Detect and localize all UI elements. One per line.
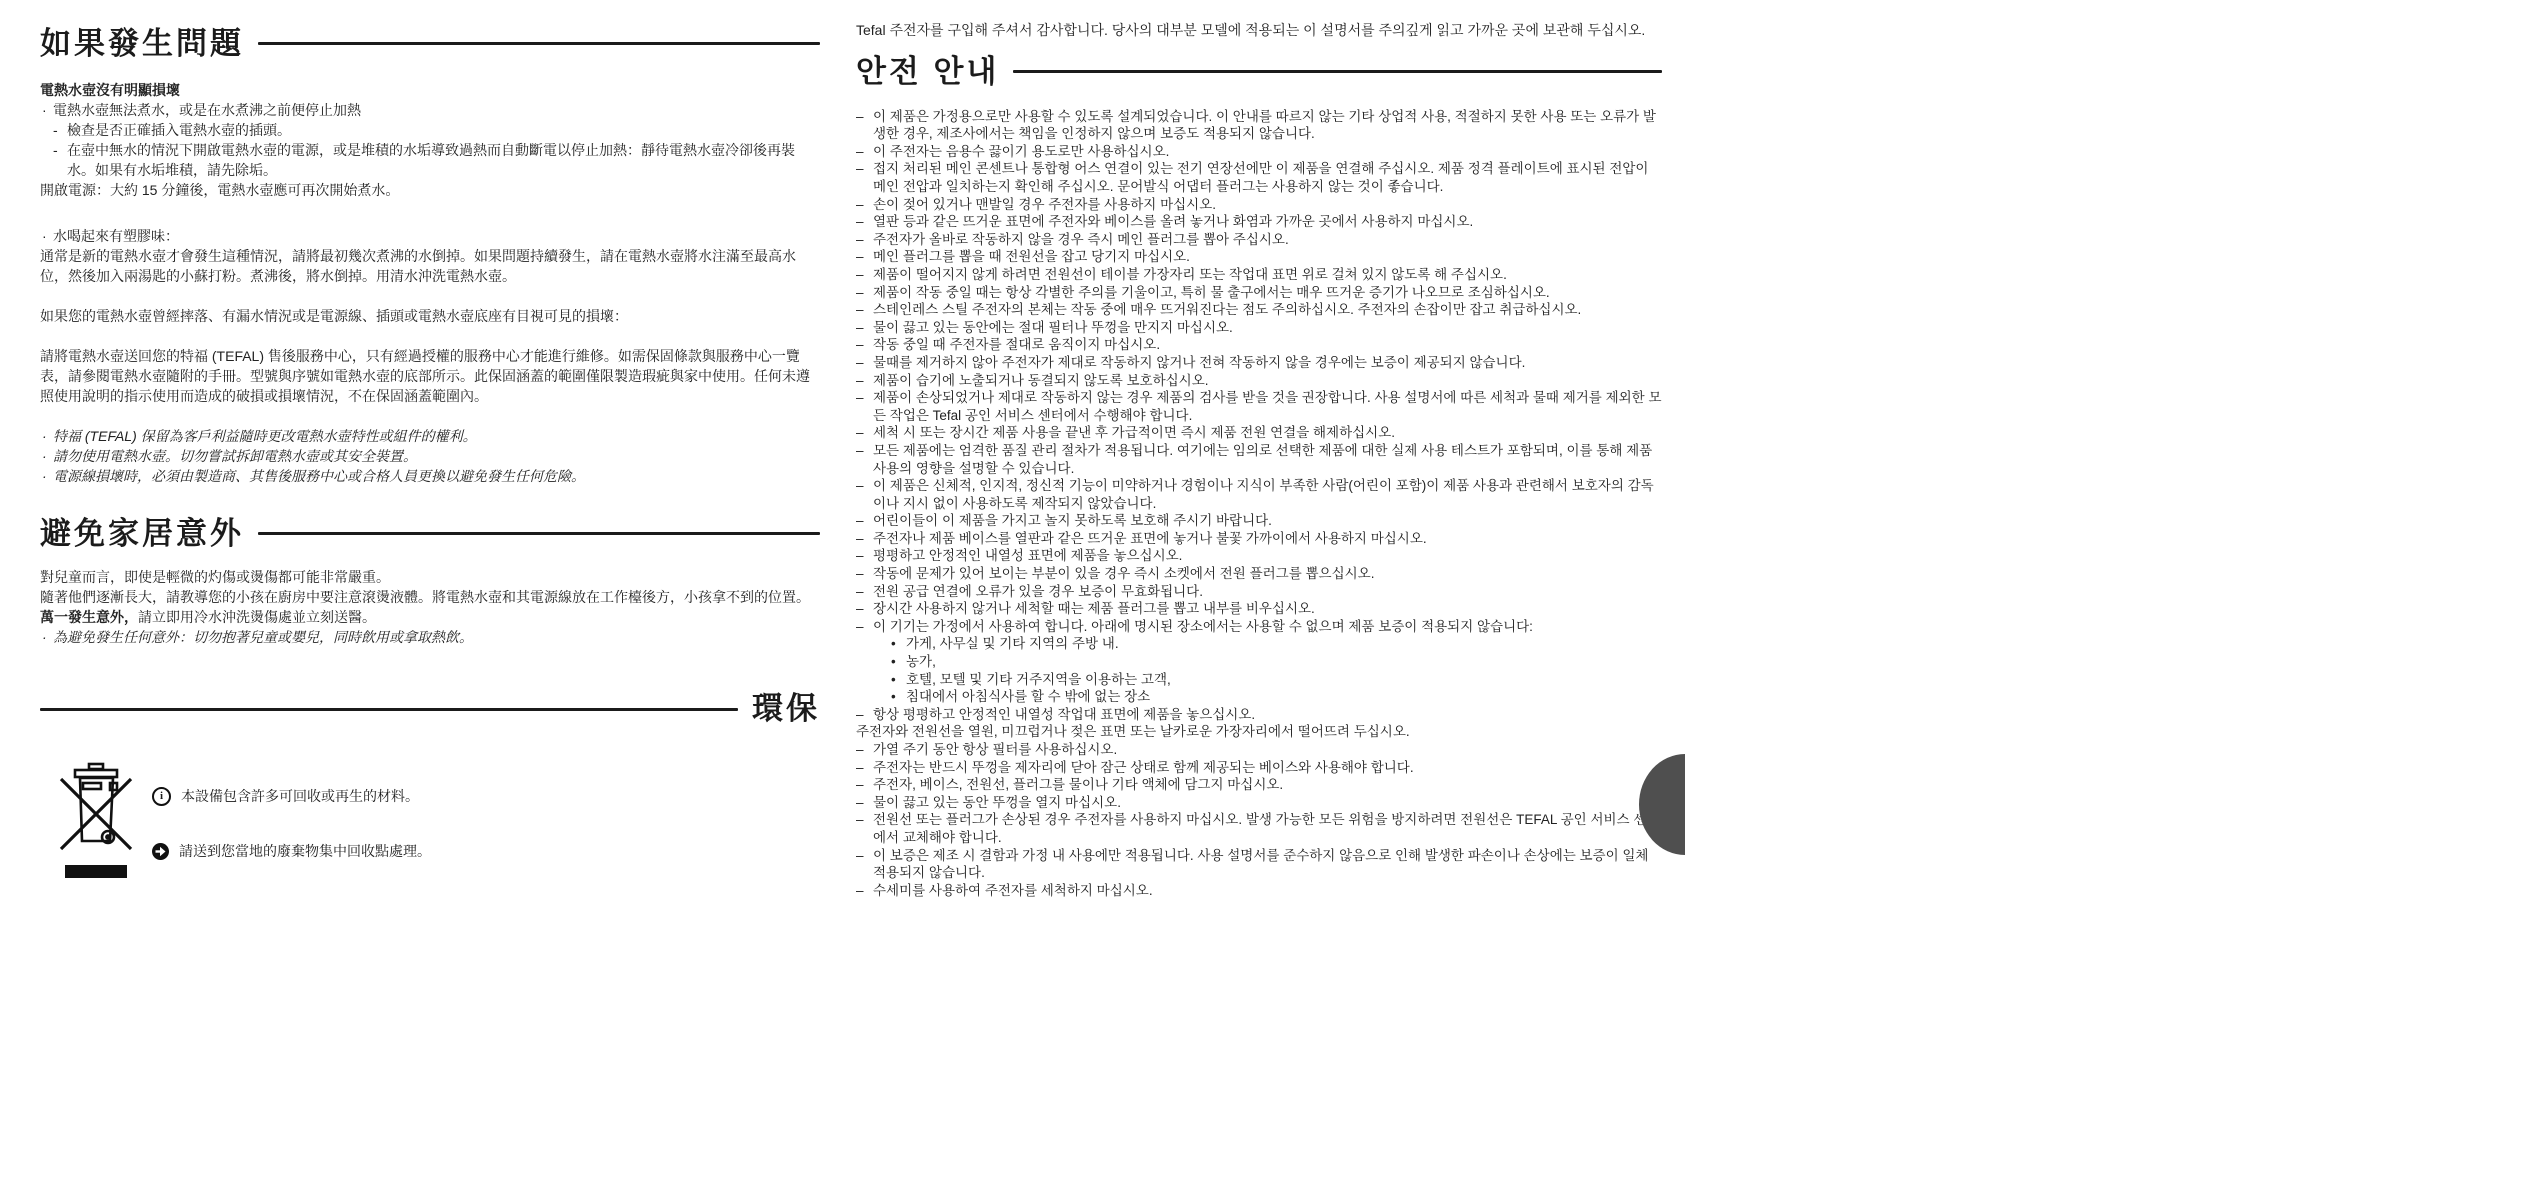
safety-item-text: 전원선 또는 플러그가 손상된 경우 주전자를 사용하지 마십시오. 발생 가능… bbox=[873, 812, 1659, 845]
safety-item: 물때를 제거하지 않아 주전자가 제대로 작동하지 않거나 전혀 작동하지 않을… bbox=[856, 354, 1662, 372]
safety-item: 세척 시 또는 장시간 제품 사용을 끝낸 후 가급적이면 즉시 제품 전원 연… bbox=[856, 424, 1662, 442]
check-step: 檢查是否正確插入電熱水壺的插頭。 bbox=[40, 120, 820, 140]
safety-item-text: 이 제품은 가정용으로만 사용할 수 있도록 설계되었습니다. 이 안내를 따르… bbox=[873, 109, 1656, 142]
bullet-kettle-fails: 電熱水壺無法煮水，或是在水煮沸之前便停止加熱 bbox=[40, 100, 820, 120]
check-step: 在壺中無水的情況下開啟電熱水壺的電源，或是堆積的水垢導致過熱而自動斷電以停止加熱… bbox=[40, 140, 820, 180]
legal-note: 請勿使用電熱水壺。切勿嘗試拆卸電熱水壺或其安全裝置。 bbox=[40, 446, 820, 466]
children-burns-paragraph: 對兒童而言，即使是輕微的灼傷或燙傷都可能非常嚴重。 bbox=[40, 567, 820, 587]
kitchen-safety-paragraph: 隨著他們逐漸長大，請教導您的小孩在廚房中要注意滾燙液體。將電熱水壺和其電源線放在… bbox=[40, 587, 820, 607]
safety-item: 모든 제품에는 엄격한 품질 관리 절차가 적용됩니다. 여기에는 임의로 선택… bbox=[856, 442, 1662, 477]
safety-item-text: 물이 끓고 있는 동안 뚜껑을 열지 마십시오. bbox=[873, 795, 1121, 810]
safety-item-text: 접지 처리된 메인 콘센트나 통합형 어스 연결이 있는 전기 연장선에만 이 … bbox=[873, 161, 1648, 194]
safety-item: 주전자는 반드시 뚜껑을 제자리에 닫아 잠근 상태로 함께 제공되는 베이스와… bbox=[856, 759, 1662, 777]
safety-item-text: 주전자나 제품 베이스를 열판과 같은 뜨거운 표면에 놓거나 불꽃 가까이에서… bbox=[873, 531, 1427, 546]
safety-item: 이 주전자는 음용수 끓이기 용도로만 사용하십시오. bbox=[856, 143, 1662, 161]
safety-item-text: 장시간 사용하지 않거나 세척할 때는 제품 플러그를 뽑고 내부를 비우십시오… bbox=[873, 601, 1315, 616]
safety-item: 열판 등과 같은 뜨거운 표면에 주전자와 베이스를 올려 놓거나 화염과 가까… bbox=[856, 213, 1662, 231]
safety-item-text: 제품이 손상되었거나 제대로 작동하지 않는 경우 제품의 검사를 받을 것을 … bbox=[873, 390, 1662, 423]
safety-subitem: 침대에서 아침식사를 할 수 밖에 없는 장소 bbox=[891, 688, 1662, 706]
environment-items: i 本設備包含許多可回收或再生的材料。 請送到您當地的廢棄物集中回收點處理。 bbox=[152, 761, 820, 878]
safety-item: 제품이 떨어지지 않게 하려면 전원선이 테이블 가장자리 또는 작업대 표면 … bbox=[856, 266, 1662, 284]
service-paragraph: 請將電熱水壺送回您的特福 (TEFAL) 售後服務中心，只有經過授權的服務中心才… bbox=[40, 346, 820, 406]
safety-item: 장시간 사용하지 않거나 세척할 때는 제품 플러그를 뽑고 내부를 비우십시오… bbox=[856, 600, 1662, 618]
safety-item-text: 물이 끓고 있는 동안에는 절대 필터나 뚜껑을 만지지 마십시오. bbox=[873, 320, 1233, 335]
emergency-lead: 萬一發生意外， bbox=[40, 609, 138, 625]
safety-item: 손이 젖어 있거나 맨발일 경우 주전자를 사용하지 마십시오. bbox=[856, 196, 1662, 214]
accidents-title: 避免家居意外 bbox=[40, 516, 244, 552]
safety-subitem: 호텔, 모텔 및 기타 거주지역을 이용하는 고객, bbox=[891, 671, 1662, 689]
legal-note: 特福 (TEFAL) 保留為客戶利益隨時更改電熱水壺特性或組件的權利。 bbox=[40, 426, 820, 446]
safety-item-text: 작동 중일 때 주전자를 절대로 움직이지 마십시오. bbox=[873, 337, 1160, 352]
safety-item-text: 전원 공급 연결에 오류가 있을 경우 보증이 무효화됩니다. bbox=[873, 584, 1203, 599]
safety-item-text: 주전자와 전원선을 열원, 미끄럽거나 젖은 표면 또는 날카로운 가장자리에서… bbox=[856, 724, 1410, 739]
safety-item: 이 기기는 가정에서 사용하여 합니다. 아래에 명시된 장소에서는 사용할 수… bbox=[856, 618, 1662, 706]
safety-item: 전원선 또는 플러그가 손상된 경우 주전자를 사용하지 마십시오. 발생 가능… bbox=[856, 811, 1662, 846]
safety-item-text: 어린이들이 이 제품을 가지고 놀지 못하도록 보호해 주시기 바랍니다. bbox=[873, 513, 1272, 528]
safety-item-text: 스테인레스 스틸 주전자의 본체는 작동 중에 매우 뜨거워진다는 점도 주의하… bbox=[873, 302, 1581, 317]
weee-crossed-bin-icon bbox=[56, 761, 136, 853]
safety-title: 안전 안내 bbox=[856, 54, 999, 90]
problems-title: 如果發生問題 bbox=[40, 26, 244, 62]
safety-item-text: 이 기기는 가정에서 사용하여 합니다. 아래에 명시된 장소에서는 사용할 수… bbox=[873, 619, 1533, 634]
heading-rule bbox=[258, 42, 820, 45]
safety-item-text: 이 보증은 제조 시 결함과 가정 내 사용에만 적용됩니다. 사용 설명서를 … bbox=[873, 848, 1648, 881]
safety-item-text: 제품이 작동 중일 때는 항상 각별한 주의를 기울이고, 특히 물 출구에서는… bbox=[873, 285, 1550, 300]
safety-subitems: 가게, 사무실 및 기타 지역의 주방 내. 농가, 호텔, 모텔 및 기타 거… bbox=[891, 635, 1662, 705]
safety-item: 이 보증은 제조 시 결함과 가정 내 사용에만 적용됩니다. 사용 설명서를 … bbox=[856, 847, 1662, 882]
safety-item-text: 손이 젖어 있거나 맨발일 경우 주전자를 사용하지 마십시오. bbox=[873, 197, 1216, 212]
environment-title: 環保 bbox=[752, 691, 820, 727]
heading-rule bbox=[258, 532, 820, 535]
manual-page: 如果發生問題 電熱水壺沒有明顯損壞 電熱水壺無法煮水，或是在水煮沸之前便停止加熱… bbox=[0, 0, 2526, 1191]
safety-item-text: 주전자, 베이스, 전원선, 플러그를 물이나 기타 액체에 담그지 마십시오. bbox=[873, 777, 1283, 792]
legal-notes-list: 特福 (TEFAL) 保留為客戶利益隨時更改電熱水壺特性或組件的權利。 請勿使用… bbox=[40, 426, 820, 486]
accident-prevention-note: 為避免發生任何意外：切勿抱著兒童或嬰兒，同時飲用或拿取熱飲。 bbox=[40, 627, 820, 647]
safety-item: 주전자와 전원선을 열원, 미끄럽거나 젖은 표면 또는 날카로운 가장자리에서… bbox=[856, 723, 1662, 741]
accidents-section-heading: 避免家居意外 bbox=[40, 516, 820, 552]
env-item-collection: 請送到您當地的廢棄物集中回收點處理。 bbox=[152, 842, 820, 861]
environment-icons bbox=[40, 761, 152, 878]
safety-item-text: 모든 제품에는 엄격한 품질 관리 절차가 적용됩니다. 여기에는 임의로 선택… bbox=[873, 443, 1652, 476]
safety-item-text: 가열 주기 동안 항상 필터를 사용하십시오. bbox=[873, 742, 1117, 757]
chinese-column: 如果發生問題 電熱水壺沒有明顯損壞 電熱水壺無法煮水，或是在水煮沸之前便停止加熱… bbox=[40, 26, 820, 878]
safety-item: 이 제품은 가정용으로만 사용할 수 있도록 설계되었습니다. 이 안내를 따르… bbox=[856, 108, 1662, 143]
safety-item-text: 물때를 제거하지 않아 주전자가 제대로 작동하지 않거나 전혀 작동하지 않을… bbox=[873, 355, 1525, 370]
safety-item: 제품이 손상되었거나 제대로 작동하지 않는 경우 제품의 검사를 받을 것을 … bbox=[856, 389, 1662, 424]
safety-item: 접지 처리된 메인 콘센트나 통합형 어스 연결이 있는 전기 연장선에만 이 … bbox=[856, 160, 1662, 195]
korean-column: Tefal 주전자를 구입해 주셔서 감사합니다. 당사의 대부분 모델에 적용… bbox=[856, 20, 1662, 899]
heading-rule bbox=[40, 708, 738, 711]
env-item-text: 請送到您當地的廢棄物集中回收點處理。 bbox=[179, 842, 431, 861]
safety-item: 주전자나 제품 베이스를 열판과 같은 뜨거운 표면에 놓거나 불꽃 가까이에서… bbox=[856, 530, 1662, 548]
emergency-rest: 請立即用冷水沖洗燙傷處並立刻送醫。 bbox=[138, 609, 376, 625]
safety-item-text: 열판 등과 같은 뜨거운 표면에 주전자와 베이스를 올려 놓거나 화염과 가까… bbox=[873, 214, 1473, 229]
safety-item-text: 항상 평평하고 안정적인 내열성 작업대 표면에 제품을 놓으십시오. bbox=[873, 707, 1255, 722]
legal-note: 電源線損壞時，必須由製造商、其售後服務中心或合格人員更換以避免發生任何危險。 bbox=[40, 466, 820, 486]
safety-item-text: 작동에 문제가 있어 보이는 부분이 있을 경우 즉시 소켓에서 전원 플러그를… bbox=[873, 566, 1374, 581]
environment-block: i 本設備包含許多可回收或再生的材料。 請送到您當地的廢棄物集中回收點處理。 bbox=[40, 761, 820, 878]
safety-item: 주전자가 올바로 작동하지 않을 경우 즉시 메인 플러그를 뽑아 주십시오. bbox=[856, 231, 1662, 249]
problems-section-heading: 如果發生問題 bbox=[40, 26, 820, 62]
safety-instructions-list: 이 제품은 가정용으로만 사용할 수 있도록 설계되었습니다. 이 안내를 따르… bbox=[856, 108, 1662, 900]
safety-item: 메인 플러그를 뽑을 때 전원선을 잡고 당기지 마십시오. bbox=[856, 248, 1662, 266]
env-item-recyclable: i 本設備包含許多可回收或再生的材料。 bbox=[152, 787, 820, 806]
safety-subitem: 농가, bbox=[891, 653, 1662, 671]
safety-item: 물이 끓고 있는 동안 뚜껑을 열지 마십시오. bbox=[856, 794, 1662, 812]
safety-item-text: 제품이 습기에 노출되거나 동결되지 않도록 보호하십시오. bbox=[873, 373, 1209, 388]
check-steps-list: 檢查是否正確插入電熱水壺的插頭。 在壺中無水的情況下開啟電熱水壺的電源，或是堆積… bbox=[40, 120, 820, 180]
safety-item: 작동 중일 때 주전자를 절대로 움직이지 마십시오. bbox=[856, 336, 1662, 354]
safety-item: 평평하고 안정적인 내열성 표면에 제품을 놓으십시오. bbox=[856, 547, 1662, 565]
safety-item-text: 평평하고 안정적인 내열성 표면에 제품을 놓으십시오. bbox=[873, 548, 1182, 563]
safety-item-text: 세척 시 또는 장시간 제품 사용을 끝낸 후 가급적이면 즉시 제품 전원 연… bbox=[873, 425, 1395, 440]
safety-item: 이 제품은 신체적, 인지적, 정신적 기능이 미약하거나 경험이나 지식이 부… bbox=[856, 477, 1662, 512]
safety-item: 전원 공급 연결에 오류가 있을 경우 보증이 무효화됩니다. bbox=[856, 583, 1662, 601]
heading-rule bbox=[1013, 70, 1662, 73]
safety-item-text: 이 주전자는 음용수 끓이기 용도로만 사용하십시오. bbox=[873, 144, 1169, 159]
emergency-paragraph: 萬一發生意外，請立即用冷水沖洗燙傷處並立刻送醫。 bbox=[40, 607, 820, 627]
safety-item: 수세미를 사용하여 주전자를 세척하지 마십시오. bbox=[856, 882, 1662, 900]
restart-note: 開啟電源：大約 15 分鐘後，電熱水壺應可再次開始煮水。 bbox=[40, 180, 820, 200]
black-bar bbox=[65, 865, 127, 878]
safety-section-heading: 안전 안내 bbox=[856, 54, 1662, 90]
safety-item-text: 제품이 떨어지지 않게 하려면 전원선이 테이블 가장자리 또는 작업대 표면 … bbox=[873, 267, 1507, 282]
safety-item-text: 주전자는 반드시 뚜껑을 제자리에 닫아 잠근 상태로 함께 제공되는 베이스와… bbox=[873, 760, 1414, 775]
safety-item: 스테인레스 스틸 주전자의 본체는 작동 중에 매우 뜨거워진다는 점도 주의하… bbox=[856, 301, 1662, 319]
safety-item-text: 주전자가 올바로 작동하지 않을 경우 즉시 메인 플러그를 뽑아 주십시오. bbox=[873, 232, 1289, 247]
recycle-arrow-icon bbox=[152, 843, 169, 860]
no-damage-subheading: 電熱水壺沒有明顯損壞 bbox=[40, 80, 820, 100]
safety-item: 제품이 작동 중일 때는 항상 각별한 주의를 기울이고, 특히 물 출구에서는… bbox=[856, 284, 1662, 302]
damage-conditions-paragraph: 如果您的電熱水壺曾經摔落、有漏水情況或是電源線、插頭或電熱水壺底座有目視可見的損… bbox=[40, 306, 820, 326]
bullet-plastic-taste: 水喝起來有塑膠味： bbox=[40, 226, 820, 246]
environment-section-heading: 環保 bbox=[40, 691, 820, 727]
safety-item: 어린이들이 이 제품을 가지고 놀지 못하도록 보호해 주시기 바랍니다. bbox=[856, 512, 1662, 530]
plastic-taste-paragraph: 通常是新的電熱水壺才會發生這種情況，請將最初幾次煮沸的水倒掉。如果問題持續發生，… bbox=[40, 246, 820, 286]
env-item-text: 本設備包含許多可回收或再生的材料。 bbox=[181, 787, 419, 806]
safety-item: 가열 주기 동안 항상 필터를 사용하십시오. bbox=[856, 741, 1662, 759]
safety-item: 주전자, 베이스, 전원선, 플러그를 물이나 기타 액체에 담그지 마십시오. bbox=[856, 776, 1662, 794]
safety-item: 제품이 습기에 노출되거나 동결되지 않도록 보호하십시오. bbox=[856, 372, 1662, 390]
intro-paragraph: Tefal 주전자를 구입해 주셔서 감사합니다. 당사의 대부분 모델에 적용… bbox=[856, 20, 1662, 40]
safety-item: 물이 끓고 있는 동안에는 절대 필터나 뚜껑을 만지지 마십시오. bbox=[856, 319, 1662, 337]
safety-item-text: 메인 플러그를 뽑을 때 전원선을 잡고 당기지 마십시오. bbox=[873, 249, 1190, 264]
safety-item-text: 이 제품은 신체적, 인지적, 정신적 기능이 미약하거나 경험이나 지식이 부… bbox=[873, 478, 1654, 511]
safety-subitem: 가게, 사무실 및 기타 지역의 주방 내. bbox=[891, 635, 1662, 653]
safety-item-text: 수세미를 사용하여 주전자를 세척하지 마십시오. bbox=[873, 883, 1153, 898]
safety-item: 항상 평평하고 안정적인 내열성 작업대 표면에 제품을 놓으십시오. bbox=[856, 706, 1662, 724]
safety-item: 작동에 문제가 있어 보이는 부분이 있을 경우 즉시 소켓에서 전원 플러그를… bbox=[856, 565, 1662, 583]
info-circle-icon: i bbox=[152, 787, 171, 806]
